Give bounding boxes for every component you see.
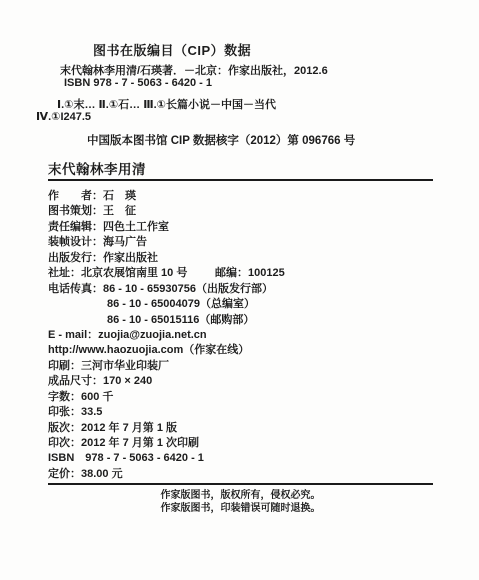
field-value: 2012 年 7 月第 1 版 xyxy=(81,422,177,434)
field-label: E - mail： xyxy=(48,329,98,341)
field-row-designer: 装帧设计：海马广告 xyxy=(48,235,448,250)
zip-label: 邮编： xyxy=(215,267,248,279)
notice-line-copyright: 作家版图书，版权所有，侵权必究。 xyxy=(48,490,433,503)
copyright-page: 图书在版编目（CIP）数据 末代翰林李用清/石瑛著．－北京：作家出版社，2012… xyxy=(0,0,479,580)
copyright-notices: 作家版图书，版权所有，侵权必究。 作家版图书，印装错误可随时退换。 xyxy=(48,490,433,515)
colophon-list: 作 者：石 瑛 图书策划：王 征 责任编辑：四色土工作室 装帧设计：海马广告 出… xyxy=(48,189,448,482)
field-row-price: 定价：38.00 元 xyxy=(48,467,448,482)
field-value: 海马广告 xyxy=(103,236,147,248)
field-row-editor: 责任编辑：四色土工作室 xyxy=(48,220,448,235)
field-row-printer: 印刷：三河市华业印装厂 xyxy=(48,359,448,374)
field-row-sheets: 印张：33.5 xyxy=(48,405,448,420)
phone-number-3: 86 - 10 - 65015116（邮购部） xyxy=(107,314,254,326)
field-value: 38.00 元 xyxy=(81,468,123,480)
cip-registry-number: 中国版本图书馆 CIP 数据核字（2012）第 096766 号 xyxy=(87,132,355,148)
field-row-email: E - mail：zuojia@zuojia.net.cn xyxy=(48,328,448,343)
field-label: 图书策划： xyxy=(48,205,103,217)
field-label: ISBN xyxy=(48,452,85,464)
field-value: 2012 年 7 月第 1 次印刷 xyxy=(81,437,199,449)
cip-heading: 图书在版编目（CIP）数据 xyxy=(93,40,251,59)
field-row-phone-2: 86 - 10 - 65004079（总编室） xyxy=(48,297,448,312)
field-label: 印次： xyxy=(48,437,81,449)
bottom-divider-rule xyxy=(48,483,433,485)
phone-number-2: 86 - 10 - 65004079（总编室） xyxy=(107,298,255,310)
field-value: 三河市华业印装厂 xyxy=(81,360,169,372)
field-label: 版次： xyxy=(48,422,81,434)
field-row-author: 作 者：石 瑛 xyxy=(48,189,448,204)
field-label: 装帧设计： xyxy=(48,236,103,248)
field-row-address: 社址：北京农展馆南里 10 号 邮编：100125 xyxy=(48,266,448,281)
field-row-phone: 电话传真：86 - 10 - 65930756（出版发行部） xyxy=(48,282,448,297)
field-row-size: 成品尺寸：170 × 240 xyxy=(48,374,448,389)
field-row-edition: 版次：2012 年 7 月第 1 版 xyxy=(48,421,448,436)
field-value: 四色土工作室 xyxy=(103,221,169,233)
title-divider-rule xyxy=(48,179,433,181)
field-label: 印刷： xyxy=(48,360,81,372)
cip-description-line: 末代翰林李用清/石瑛著．－北京：作家出版社，2012.6 xyxy=(60,62,328,78)
field-label: 社址： xyxy=(48,267,81,279)
field-row-website: http://www.haozuojia.com（作家在线） xyxy=(48,343,448,358)
phone-number-1: 86 - 10 - 65930756（出版发行部） xyxy=(103,283,273,295)
zip-value: 100125 xyxy=(248,267,285,279)
field-label: 作 者： xyxy=(48,190,103,202)
field-value: 北京农展馆南里 10 号 xyxy=(81,267,187,279)
field-value: 978 - 7 - 5063 - 6420 - 1 xyxy=(85,452,204,464)
website-value: http://www.haozuojia.com（作家在线） xyxy=(48,344,249,356)
field-value: 作家出版社 xyxy=(103,252,158,264)
field-value: 石 瑛 xyxy=(103,190,136,202)
field-label: 出版发行： xyxy=(48,252,103,264)
field-value: 33.5 xyxy=(81,406,102,418)
field-row-publisher: 出版发行：作家出版社 xyxy=(48,251,448,266)
field-row-impression: 印次：2012 年 7 月第 1 次印刷 xyxy=(48,436,448,451)
field-label: 责任编辑： xyxy=(48,221,103,233)
field-label: 成品尺寸： xyxy=(48,375,103,387)
field-value: 王 征 xyxy=(103,205,136,217)
field-label: 字数： xyxy=(48,391,81,403)
field-label: 定价： xyxy=(48,468,81,480)
book-title: 末代翰林李用清 xyxy=(48,158,146,178)
field-value: 600 千 xyxy=(81,391,113,403)
field-label: 印张： xyxy=(48,406,81,418)
cip-isbn-line: ISBN 978 - 7 - 5063 - 6420 - 1 xyxy=(64,77,212,89)
field-row-isbn: ISBN 978 - 7 - 5063 - 6420 - 1 xyxy=(48,451,448,466)
cip-classification-line-2: Ⅳ.①I247.5 xyxy=(36,110,91,123)
email-value: zuojia@zuojia.net.cn xyxy=(98,329,207,341)
field-label: 电话传真： xyxy=(48,283,103,295)
field-row-word-count: 字数：600 千 xyxy=(48,390,448,405)
field-row-phone-3: 86 - 10 - 65015116（邮购部） xyxy=(48,313,448,328)
field-row-planner: 图书策划：王 征 xyxy=(48,204,448,219)
zip-group: 邮编：100125 xyxy=(215,266,285,281)
notice-line-return-policy: 作家版图书，印装错误可随时退换。 xyxy=(48,503,433,516)
field-value: 170 × 240 xyxy=(103,375,152,387)
